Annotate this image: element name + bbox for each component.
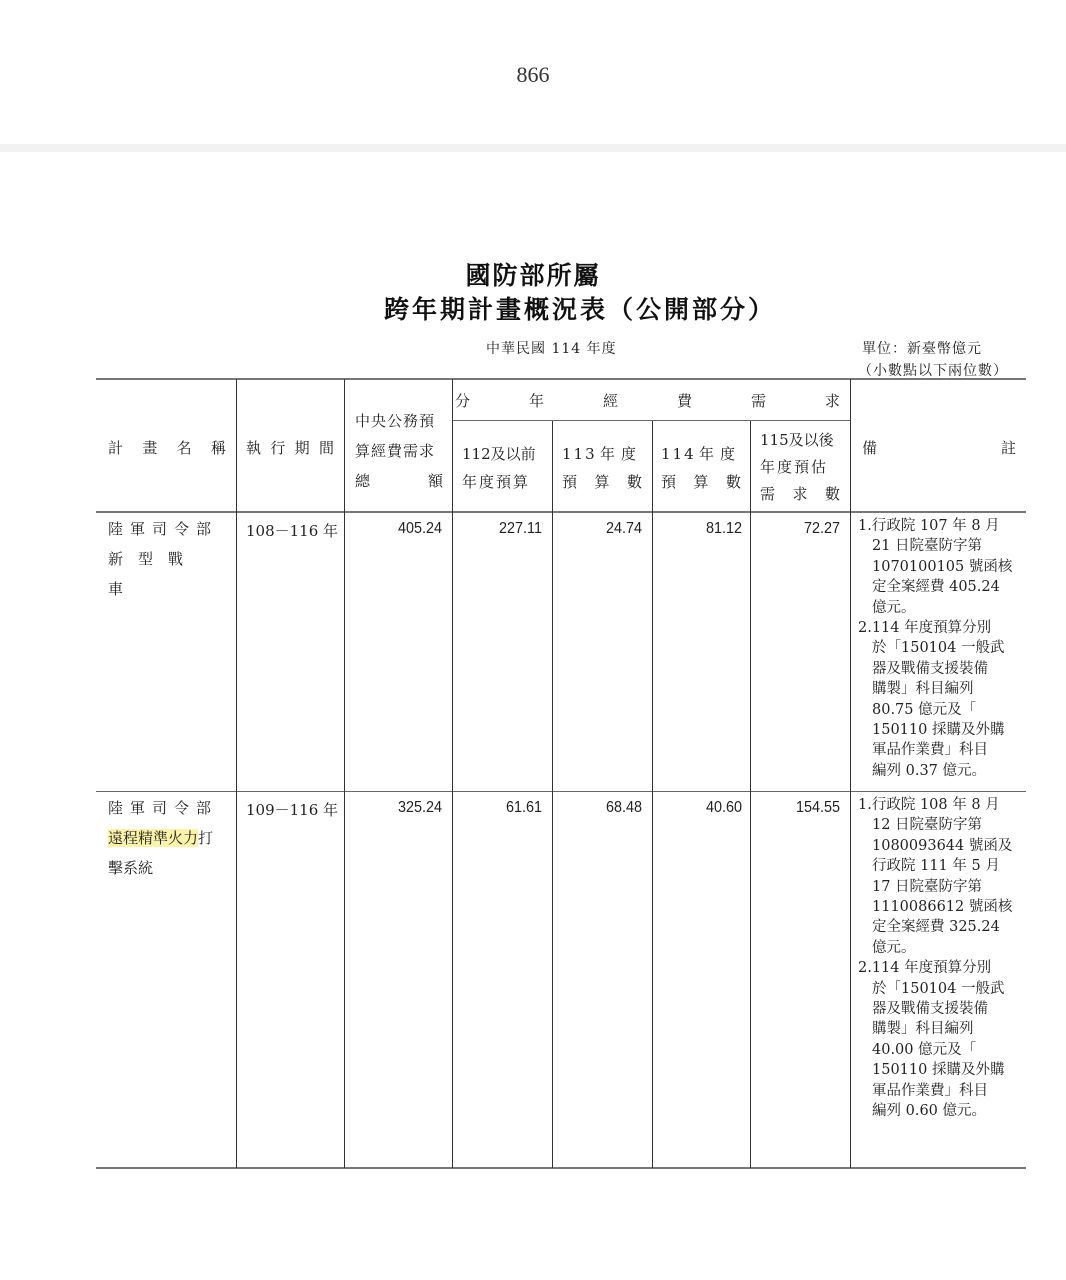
col-divider: [850, 379, 851, 1168]
header-line: 總 額: [355, 466, 443, 496]
plan-name-line: 新型戰車: [108, 544, 226, 574]
budget-y112-and-before: 61.61: [463, 799, 542, 817]
budget-y115-and-after: 154.55: [761, 799, 840, 817]
header-char: 總: [355, 466, 370, 496]
header-char: 算: [594, 468, 609, 496]
header-y114: 114 年度 預 算 數: [661, 440, 741, 496]
remark-line: 80.75 億元及「: [858, 700, 1026, 720]
total-budget: 325.24: [356, 799, 442, 817]
header-line: 預 算 數: [562, 468, 642, 496]
header-char: 求: [825, 390, 840, 411]
budget-y114: 81.12: [663, 520, 742, 538]
header-char: 預: [661, 468, 676, 496]
page-separator: [0, 144, 1066, 152]
header-char: 名: [177, 437, 192, 458]
header-line: 113 年度: [562, 440, 642, 468]
col-divider: [236, 379, 237, 1168]
header-char: 費: [677, 390, 692, 411]
remark-line: 行政院 111 年 5 月: [858, 856, 1026, 876]
header-line: 115及以後: [760, 427, 840, 454]
header-char: 114: [661, 440, 696, 468]
header-y112: 112及以前 年度預算: [462, 440, 546, 496]
header-char: 分: [455, 390, 470, 411]
header-char: 稱: [211, 437, 226, 458]
header-char: 經: [603, 390, 618, 411]
remark-line: 1.行政院 108 年 8 月: [858, 795, 1026, 815]
remark-line: 定全案經費 405.24: [858, 577, 1026, 597]
col-divider: [750, 421, 751, 1168]
execution-period: 109－116 年: [246, 799, 338, 820]
header-char: 算: [693, 468, 708, 496]
remark-line: 購製」科目編列: [858, 679, 1026, 699]
plan-name: 陸軍司令部 新型戰車: [108, 514, 226, 574]
remark-line: 器及戰備支援裝備: [858, 659, 1026, 679]
highlighted-text: 遠程精準火力: [108, 829, 198, 847]
header-y113: 113 年度 預 算 數: [562, 440, 642, 496]
remark-line: 億元。: [858, 598, 1026, 618]
title-agency: 國防部所屬: [0, 256, 1066, 292]
plan-name-line: 陸軍司令部: [108, 514, 226, 544]
budget-y115-and-after: 72.27: [761, 520, 840, 538]
remark-line: 定全案經費 325.24: [858, 917, 1026, 937]
budget-y113: 68.48: [563, 799, 642, 817]
header-char: 間: [319, 437, 334, 458]
header-total: 中央公務預 算經費需求 總 額: [355, 406, 443, 496]
remark-line: 億元。: [858, 938, 1026, 958]
header-period: 執 行 期 間: [246, 437, 334, 458]
remark-line: 40.00 億元及「: [858, 1040, 1026, 1060]
header-annual-funding: 分 年 經 費 需 求: [455, 390, 840, 411]
plan-name-text: 打: [198, 829, 213, 847]
remarks: 1.行政院 108 年 8 月 12 日院臺防字第 1080093644 號函及…: [858, 795, 1026, 1122]
remark-line: 於「150104 一般武: [858, 979, 1026, 999]
header-char: 額: [428, 466, 443, 496]
header-char: 數: [627, 468, 642, 496]
plan-name-line: 擊系統: [108, 853, 232, 883]
remark-line: 軍品作業費」科目: [858, 740, 1026, 760]
header-line: 中央公務預: [355, 406, 443, 436]
header-char: 113: [562, 440, 597, 468]
remarks: 1.行政院 107 年 8 月 21 日院臺防字第 1070100105 號函核…: [858, 516, 1026, 781]
subheader-rule: [452, 420, 850, 421]
header-char: 年: [529, 390, 544, 411]
header-char: 數: [825, 481, 840, 508]
remark-line: 21 日院臺防字第: [858, 536, 1026, 556]
remark-line: 編列 0.60 億元。: [858, 1101, 1026, 1121]
remark-line: 1070100105 號函核: [858, 557, 1026, 577]
header-line: 年度預算: [462, 468, 546, 496]
remark-line: 17 日院臺防字第: [858, 877, 1026, 897]
header-char: 需: [751, 390, 766, 411]
header-char: 備: [862, 437, 877, 458]
unit-label: 單位：新臺幣億元: [862, 338, 1008, 360]
unit-note: 單位：新臺幣億元 （小數點以下兩位數）: [862, 338, 1008, 382]
header-char: 年度: [600, 440, 642, 468]
header-char: 年度: [699, 440, 741, 468]
remark-line: 編列 0.37 億元。: [858, 761, 1026, 781]
col-divider: [652, 421, 653, 1168]
remark-line: 軍品作業費」科目: [858, 1081, 1026, 1101]
remark-line: 150110 採購及外購: [858, 1060, 1026, 1080]
budget-y112-and-before: 227.11: [463, 520, 542, 538]
page-number: 866: [0, 62, 1066, 88]
header-line: 114 年度: [661, 440, 741, 468]
header-line: 算經費需求: [355, 436, 443, 466]
header-char: 畫: [142, 437, 157, 458]
header-char: 需: [760, 481, 775, 508]
remark-line: 1110086612 號函核: [858, 897, 1026, 917]
budget-y114: 40.60: [663, 799, 742, 817]
header-line: 預 算 數: [661, 468, 741, 496]
header-line: 需 求 數: [760, 481, 840, 508]
header-char: 行: [270, 437, 285, 458]
remark-line: 150110 採購及外購: [858, 720, 1026, 740]
header-line: 年度預估: [760, 454, 840, 481]
header-char: 計: [108, 437, 123, 458]
remark-line: 於「150104 一般武: [858, 638, 1026, 658]
remark-line: 2.114 年度預算分別: [858, 618, 1026, 638]
remark-line: 1.行政院 107 年 8 月: [858, 516, 1026, 536]
remark-line: 1080093644 號函及: [858, 836, 1026, 856]
total-budget: 405.24: [356, 520, 442, 538]
header-char: 數: [726, 468, 741, 496]
plan-name: 陸軍司令部 遠程精準火力打 擊系統: [108, 793, 232, 883]
col-divider: [552, 421, 553, 1168]
remark-line: 器及戰備支援裝備: [858, 999, 1026, 1019]
remark-line: 2.114 年度預算分別: [858, 958, 1026, 978]
remark-line: 購製」科目編列: [858, 1019, 1026, 1039]
col-divider: [452, 379, 453, 1168]
execution-period: 108－116 年: [246, 520, 338, 541]
remark-line: 12 日院臺防字第: [858, 815, 1026, 835]
header-char: 註: [1001, 437, 1016, 458]
header-char: 執: [246, 437, 261, 458]
header-plan-name: 計 畫 名 稱: [108, 437, 226, 458]
plan-name-line: 陸軍司令部: [108, 793, 232, 823]
header-line: 112及以前: [462, 440, 546, 468]
fiscal-year: 中華民國 114 年度: [486, 338, 617, 358]
col-divider: [344, 379, 345, 1168]
header-char: 求: [792, 481, 807, 508]
budget-y113: 24.74: [563, 520, 642, 538]
header-remarks: 備 註: [862, 437, 1016, 458]
plan-name-line: 遠程精準火力打: [108, 823, 232, 853]
title-table: 跨年期計畫概況表（公開部分）: [0, 290, 1066, 326]
header-y115: 115及以後 年度預估 需 求 數: [760, 427, 840, 508]
header-char: 預: [562, 468, 577, 496]
header-char: 期: [295, 437, 310, 458]
